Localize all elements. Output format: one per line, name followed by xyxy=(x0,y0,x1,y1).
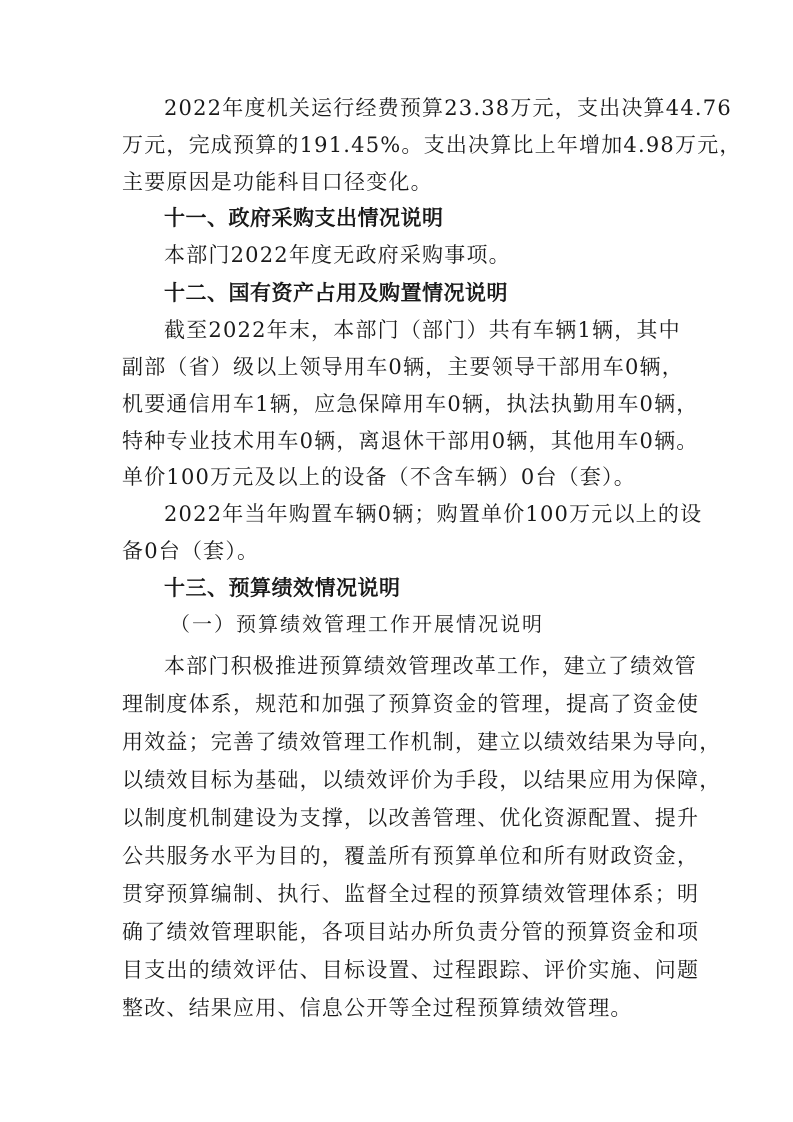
paragraph-line: 单价100万元及以上的设备（不含车辆）0台（套）。 xyxy=(122,464,636,490)
paragraph-line: 贯穿预算编制、执行、监督全过程的预算绩效管理体系；明 xyxy=(122,881,699,907)
paragraph-line: 备0台（套）。 xyxy=(122,538,259,564)
paragraph-line: 以绩效目标为基础，以绩效评价为手段，以结果应用为保障， xyxy=(122,767,721,793)
paragraph-line: 万元，完成预算的191.45%。支出决算比上年增加4.98万元， xyxy=(122,132,742,158)
paragraph-line: 2022年当年购置车辆0辆；购置单价100万元以上的设 xyxy=(164,501,702,527)
section-heading: 十一、政府采购支出情况说明 xyxy=(164,205,444,231)
section-heading: 十三、预算绩效情况说明 xyxy=(164,575,401,601)
paragraph-line: 截至2022年末，本部门（部门）共有车辆1辆，其中 xyxy=(164,317,681,343)
paragraph-line: 公共服务水平为目的，覆盖所有预算单位和所有财政资金， xyxy=(122,843,699,869)
paragraph-line: 以制度机制建设为支撑，以改善管理、优化资源配置、提升 xyxy=(122,805,699,831)
paragraph-line: 目支出的绩效评估、目标设置、过程跟踪、评价实施、问题 xyxy=(122,957,699,983)
paragraph-line: 本部门积极推进预算绩效管理改革工作，建立了绩效管 xyxy=(164,653,697,679)
paragraph-line: 特种专业技术用车0辆，离退休干部用0辆，其他用车0辆。 xyxy=(122,428,698,454)
section-heading: 十二、国有资产占用及购置情况说明 xyxy=(164,280,508,306)
paragraph-line: 副部（省）级以上领导用车0辆，主要领导干部用车0辆， xyxy=(122,354,684,380)
paragraph-line: 整改、结果应用、信息公开等全过程预算绩效管理。 xyxy=(122,995,633,1021)
paragraph-line: 本部门2022年度无政府采购事项。 xyxy=(164,242,511,268)
paragraph-line: 理制度体系，规范和加强了预算资金的管理，提高了资金使 xyxy=(122,691,699,717)
paragraph-line: 主要原因是功能科目口径变化。 xyxy=(122,169,433,195)
paragraph-line: 确了绩效管理职能，各项目站办所负责分管的预算资金和项 xyxy=(122,919,699,945)
subsection-heading: （一）预算绩效管理工作开展情况说明 xyxy=(170,611,544,637)
paragraph-line: 用效益；完善了绩效管理工作机制，建立以绩效结果为导向， xyxy=(122,729,721,755)
paragraph-line: 2022年度机关运行经费预算23.38万元，支出决算44.76 xyxy=(164,95,732,121)
paragraph-line: 机要通信用车1辆，应急保障用车0辆，执法执勤用车0辆， xyxy=(122,391,698,417)
